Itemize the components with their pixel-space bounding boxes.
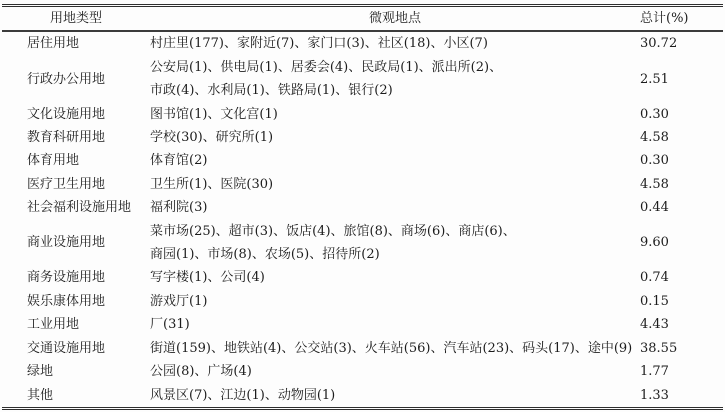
land-use-table: 用地类型 微观地点 总计(%) 居住用地 村庄里(177)、家附近(7)、家门口… bbox=[2, 4, 723, 410]
land-use-type: 娱乐康体用地 bbox=[2, 290, 150, 313]
land-use-type: 交通设施用地 bbox=[2, 337, 150, 360]
micro-locations: 公园(8)、广场(4) bbox=[150, 360, 640, 383]
table-row: 商业设施用地 菜市场(25)、超市(3)、饭店(4)、旅馆(8)、商场(6)、商… bbox=[2, 220, 723, 267]
land-use-type: 教育科研用地 bbox=[2, 126, 150, 149]
land-use-type: 工业用地 bbox=[2, 313, 150, 336]
total-percent: 38.55 bbox=[640, 337, 723, 360]
table-row: 行政办公用地 公安局(1)、供电局(1)、居委会(4)、民政局(1)、派出所(2… bbox=[2, 56, 723, 103]
total-percent: 0.44 bbox=[640, 196, 723, 219]
land-use-type: 医疗卫生用地 bbox=[2, 173, 150, 196]
total-percent: 2.51 bbox=[640, 56, 723, 103]
land-use-type: 其他 bbox=[2, 384, 150, 409]
table-row: 教育科研用地 学校(30)、研究所(1) 4.58 bbox=[2, 126, 723, 149]
micro-locations: 福利院(3) bbox=[150, 196, 640, 219]
total-percent: 30.72 bbox=[640, 31, 723, 55]
micro-locations: 厂(31) bbox=[150, 313, 640, 336]
table-row: 工业用地 厂(31) 4.43 bbox=[2, 313, 723, 336]
total-percent: 0.30 bbox=[640, 149, 723, 172]
land-use-type: 居住用地 bbox=[2, 31, 150, 55]
total-percent: 0.30 bbox=[640, 103, 723, 126]
table-row: 商务设施用地 写字楼(1)、公司(4) 0.74 bbox=[2, 266, 723, 289]
land-use-type: 文化设施用地 bbox=[2, 103, 150, 126]
total-percent: 0.74 bbox=[640, 266, 723, 289]
paper-table-region: 用地类型 微观地点 总计(%) 居住用地 村庄里(177)、家附近(7)、家门口… bbox=[0, 0, 725, 410]
header-total-percent: 总计(%) bbox=[640, 6, 723, 32]
land-use-type: 行政办公用地 bbox=[2, 56, 150, 103]
header-micro-location: 微观地点 bbox=[150, 6, 640, 32]
header-land-use-type: 用地类型 bbox=[2, 6, 150, 32]
table-row: 社会福利设施用地 福利院(3) 0.44 bbox=[2, 196, 723, 219]
micro-locations: 卫生所(1)、医院(30) bbox=[150, 173, 640, 196]
table-header: 用地类型 微观地点 总计(%) bbox=[2, 6, 723, 32]
total-percent: 9.60 bbox=[640, 220, 723, 267]
table-body: 居住用地 村庄里(177)、家附近(7)、家门口(3)、社区(18)、小区(7)… bbox=[2, 31, 723, 408]
micro-locations: 写字楼(1)、公司(4) bbox=[150, 266, 640, 289]
micro-locations: 图书馆(1)、文化宫(1) bbox=[150, 103, 640, 126]
micro-locations: 公安局(1)、供电局(1)、居委会(4)、民政局(1)、派出所(2)、 市政(4… bbox=[150, 56, 640, 103]
land-use-type: 商业设施用地 bbox=[2, 220, 150, 267]
total-percent: 4.58 bbox=[640, 126, 723, 149]
header-row: 用地类型 微观地点 总计(%) bbox=[2, 6, 723, 32]
land-use-type: 绿地 bbox=[2, 360, 150, 383]
land-use-type: 商务设施用地 bbox=[2, 266, 150, 289]
table-row: 娱乐康体用地 游戏厅(1) 0.15 bbox=[2, 290, 723, 313]
micro-locations: 街道(159)、地铁站(4)、公交站(3)、火车站(56)、汽车站(23)、码头… bbox=[150, 337, 640, 360]
table-row: 居住用地 村庄里(177)、家附近(7)、家门口(3)、社区(18)、小区(7)… bbox=[2, 31, 723, 55]
table-row: 其他 风景区(7)、江边(1)、动物园(1) 1.33 bbox=[2, 384, 723, 409]
table-row: 交通设施用地 街道(159)、地铁站(4)、公交站(3)、火车站(56)、汽车站… bbox=[2, 337, 723, 360]
total-percent: 0.15 bbox=[640, 290, 723, 313]
total-percent: 4.43 bbox=[640, 313, 723, 336]
micro-locations: 村庄里(177)、家附近(7)、家门口(3)、社区(18)、小区(7) bbox=[150, 31, 640, 55]
table-row: 绿地 公园(8)、广场(4) 1.77 bbox=[2, 360, 723, 383]
micro-locations: 体育馆(2) bbox=[150, 149, 640, 172]
table-row: 文化设施用地 图书馆(1)、文化宫(1) 0.30 bbox=[2, 103, 723, 126]
micro-locations: 风景区(7)、江边(1)、动物园(1) bbox=[150, 384, 640, 409]
micro-locations: 菜市场(25)、超市(3)、饭店(4)、旅馆(8)、商场(6)、商店(6)、 商… bbox=[150, 220, 640, 267]
table-row: 医疗卫生用地 卫生所(1)、医院(30) 4.58 bbox=[2, 173, 723, 196]
land-use-type: 体育用地 bbox=[2, 149, 150, 172]
total-percent: 1.33 bbox=[640, 384, 723, 409]
land-use-type: 社会福利设施用地 bbox=[2, 196, 150, 219]
total-percent: 1.77 bbox=[640, 360, 723, 383]
micro-locations: 学校(30)、研究所(1) bbox=[150, 126, 640, 149]
total-percent: 4.58 bbox=[640, 173, 723, 196]
table-row: 体育用地 体育馆(2) 0.30 bbox=[2, 149, 723, 172]
micro-locations: 游戏厅(1) bbox=[150, 290, 640, 313]
